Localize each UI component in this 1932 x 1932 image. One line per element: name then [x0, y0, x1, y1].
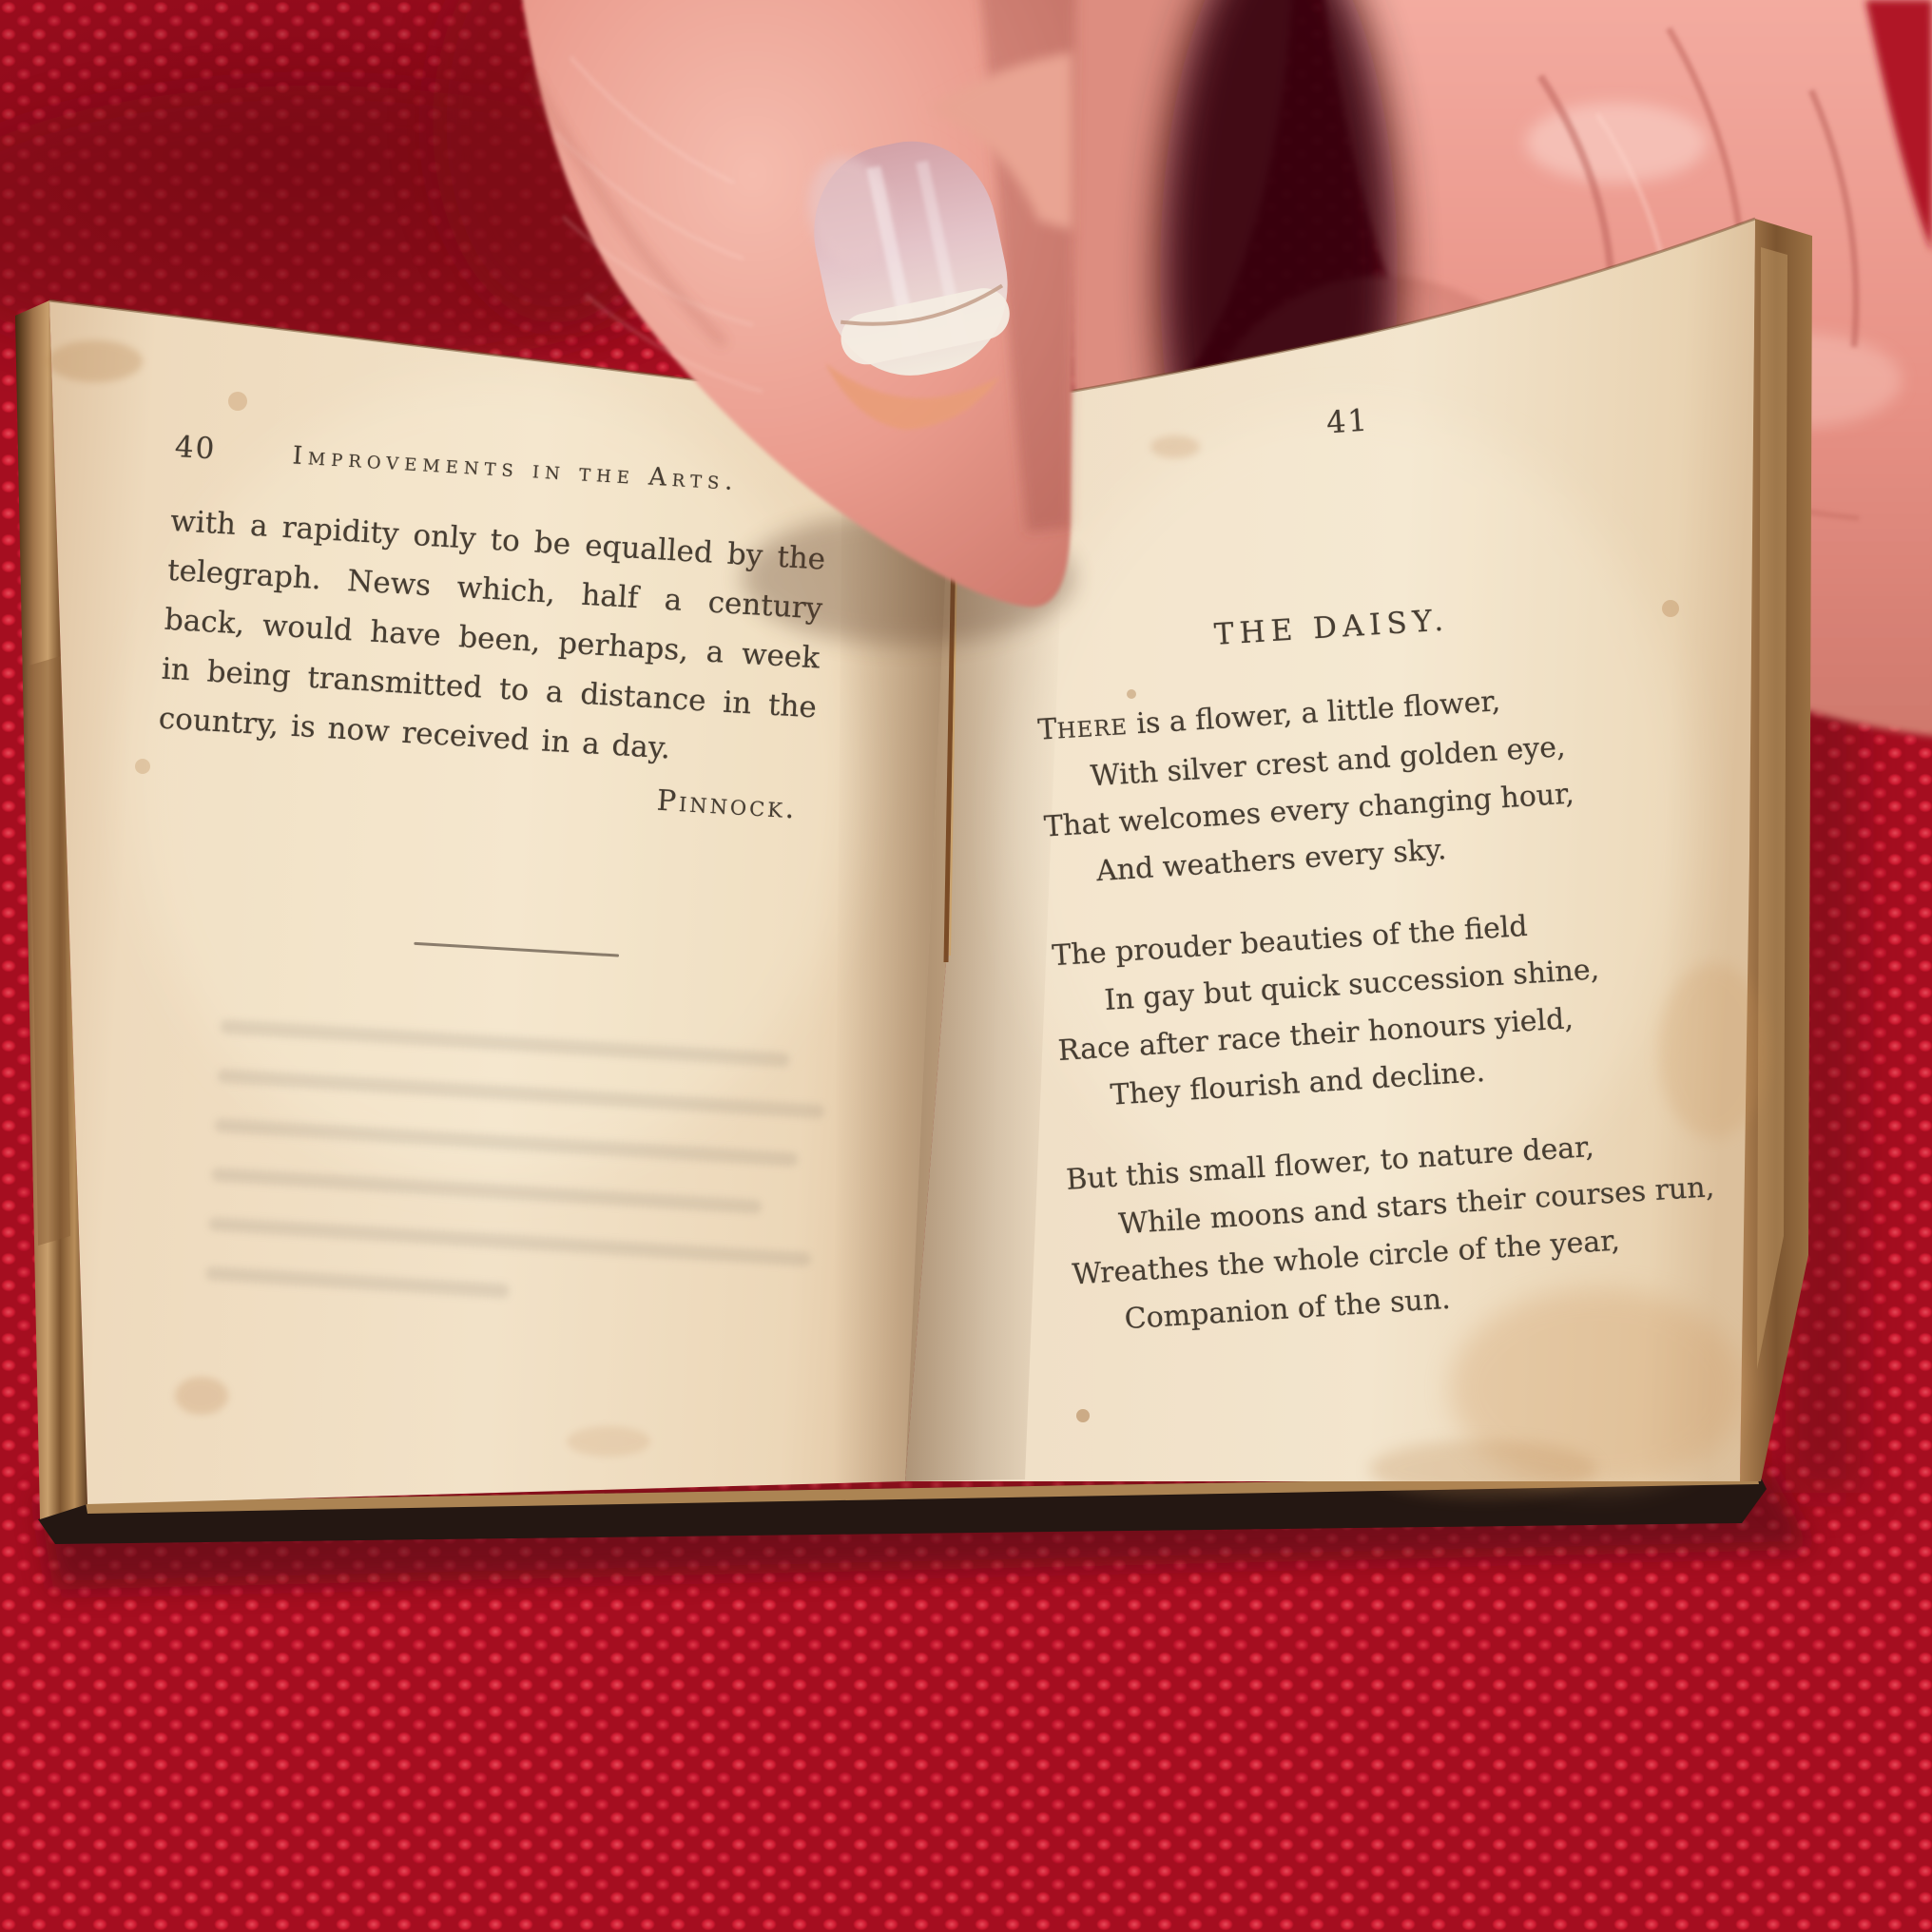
photo-canvas: { "left_page": { "page_number": "40", "r…	[0, 0, 1932, 1932]
hand-holding-book	[0, 0, 1932, 1932]
